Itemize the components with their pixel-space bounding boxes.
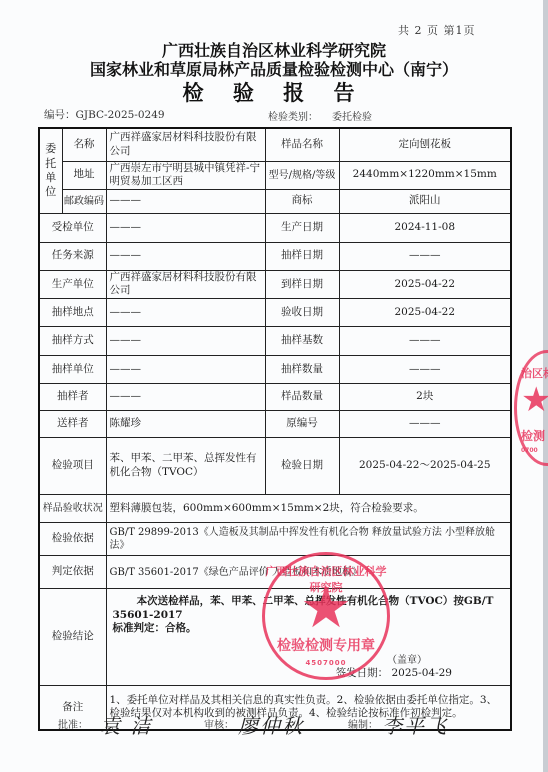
row-value: ——— bbox=[106, 299, 265, 327]
row-label: 抽样基数 bbox=[265, 327, 339, 356]
client-address-value: 广西崇左市宁明县城中镇凭祥-宁明贸易加工区西 bbox=[106, 161, 265, 189]
basis-value: GB/T 29899-2013《人造板及其制品中挥发性有机化合物 释放量试验方法… bbox=[106, 523, 511, 556]
table-row: 抽样方式 ——— 抽样基数 ——— bbox=[39, 327, 511, 356]
conclusion-result: 标准判定：合格。 bbox=[113, 622, 197, 634]
row-value: 2024-11-08 bbox=[339, 213, 511, 242]
row-label: 受检单位 bbox=[39, 213, 106, 242]
table-row: 受检单位 ——— 生产日期 2024-11-08 bbox=[39, 213, 511, 242]
conclusion-label: 检验结论 bbox=[39, 589, 106, 686]
table-row: 生产单位 广西祥盛家居材料科技股份有限公司 到样日期 2025-04-22 bbox=[39, 270, 511, 298]
basis-label: 检验依据 bbox=[39, 523, 106, 556]
inspection-type-label: 检验类别： bbox=[268, 112, 318, 123]
row-label: 原编号 bbox=[265, 411, 339, 438]
issue-date-value: 2025-04-29 bbox=[391, 667, 452, 679]
row-value: 2025-04-22～2025-04-25 bbox=[339, 438, 511, 495]
sample-name-label: 样品名称 bbox=[265, 128, 339, 161]
table-row: 检验项目 苯、甲苯、二甲苯、总挥发性有机化合物（TVOC） 检验日期 2025-… bbox=[39, 438, 511, 495]
row-value: 2025-04-22 bbox=[339, 299, 511, 327]
criteria-value: GB/T 35601-2017《绿色产品评价 人造板和木质地板》 bbox=[106, 556, 511, 589]
table-row: 邮政编码 ——— 商标 派阳山 bbox=[39, 189, 511, 213]
row-value: ——— bbox=[106, 327, 265, 356]
client-postcode-value: ——— bbox=[106, 189, 265, 213]
conclusion-text: 本次送检样品，苯、甲苯、二甲苯、总挥发性有机化合物（TVOC）按GB/T 356… bbox=[113, 595, 508, 636]
row-label: 抽样日期 bbox=[265, 242, 339, 270]
table-row: 抽样地点 ——— 验收日期 2025-04-22 bbox=[39, 299, 511, 327]
inspection-type: 检验类别：委托检验 bbox=[268, 108, 372, 123]
row-label: 样品数量 bbox=[265, 384, 339, 411]
row-label: 抽样者 bbox=[39, 384, 106, 411]
row-label: 检验项目 bbox=[39, 438, 106, 495]
row-value: ——— bbox=[339, 411, 511, 438]
conclusion-cell: 本次送检样品，苯、甲苯、二甲苯、总挥发性有机化合物（TVOC）按GB/T 356… bbox=[106, 589, 511, 686]
compile-signature: 李平飞 bbox=[382, 710, 448, 739]
brand-value: 派阳山 bbox=[339, 189, 511, 213]
table-row: 检验结论 本次送检样品，苯、甲苯、二甲苯、总挥发性有机化合物（TVOC）按GB/… bbox=[39, 589, 511, 686]
table-row: 抽样单位 ——— 抽样数量 ——— bbox=[39, 356, 511, 384]
document-title: 检 验 报 告 bbox=[0, 77, 548, 107]
approve-signature: 袁 洁 bbox=[100, 710, 152, 739]
conclusion-text-part1: 本次送检样品，苯、甲苯、二甲苯、总挥发性有机化合物（TVOC）按 bbox=[137, 595, 464, 607]
row-label: 到样日期 bbox=[265, 270, 339, 298]
row-label: 抽样地点 bbox=[39, 299, 106, 327]
row-value: ——— bbox=[339, 327, 511, 356]
report-number-label: 编号： bbox=[44, 109, 76, 121]
review-label: 审核： bbox=[204, 716, 234, 731]
row-value: ——— bbox=[106, 213, 265, 242]
brand-label: 商标 bbox=[265, 189, 339, 213]
row-value: ——— bbox=[339, 356, 511, 384]
remarks-value: 1、委托单位对样品及其相关信息的真实性负责。2、检验依据由委托单位指定。3、检验… bbox=[106, 685, 511, 730]
row-value: 2025-04-22 bbox=[339, 270, 511, 298]
row-value: 广西祥盛家居材料科技股份有限公司 bbox=[106, 270, 265, 298]
issue-date: 签发日期： 2025-04-29 bbox=[113, 667, 508, 681]
seal-note: （盖章） bbox=[113, 654, 508, 667]
client-address-label: 地址 bbox=[62, 161, 106, 189]
row-value: ——— bbox=[106, 356, 265, 384]
inspection-type-value: 委托检验 bbox=[332, 112, 372, 123]
compile-label: 编制： bbox=[348, 716, 378, 731]
row-label: 抽样方式 bbox=[39, 327, 106, 356]
sample-spec-value: 2440mm×1220mm×15mm bbox=[339, 161, 511, 189]
row-label: 送样者 bbox=[39, 411, 106, 438]
row-value: ——— bbox=[106, 242, 265, 270]
table-row: 判定依据 GB/T 35601-2017《绿色产品评价 人造板和木质地板》 bbox=[39, 556, 511, 589]
report-number-value: GJBC-2025-0249 bbox=[76, 109, 165, 121]
client-postcode-label: 邮政编码 bbox=[62, 189, 106, 213]
client-name-label: 名称 bbox=[62, 128, 106, 161]
approve-label: 批准： bbox=[58, 716, 88, 731]
page-indicator: 共 2 页 第1页 bbox=[398, 22, 476, 38]
table-row: 抽样者 ——— 样品数量 2块 bbox=[39, 384, 511, 411]
client-group-label: 委托单位 bbox=[39, 128, 62, 213]
table-row: 任务来源 ——— 抽样日期 ——— bbox=[39, 242, 511, 270]
table-row: 样品验收状况 塑料薄膜包装，600mm×600mm×15mm×2块，符合检验要求… bbox=[39, 495, 511, 523]
row-value: ——— bbox=[106, 384, 265, 411]
receipt-label: 样品验收状况 bbox=[39, 495, 106, 523]
row-label: 抽样数量 bbox=[265, 356, 339, 384]
table-row: 委托单位 名称 广西祥盛家居材料科技股份有限公司 样品名称 定向刨花板 bbox=[39, 128, 511, 161]
criteria-label: 判定依据 bbox=[39, 556, 106, 589]
row-value: 苯、甲苯、二甲苯、总挥发性有机化合物（TVOC） bbox=[106, 438, 265, 495]
row-label: 生产日期 bbox=[265, 213, 339, 242]
row-value: ——— bbox=[339, 242, 511, 270]
inspection-table: 委托单位 名称 广西祥盛家居材料科技股份有限公司 样品名称 定向刨花板 地址 广… bbox=[38, 127, 512, 731]
row-label: 验收日期 bbox=[265, 299, 339, 327]
report-number: 编号：GJBC-2025-0249 bbox=[44, 107, 165, 122]
row-value: 2块 bbox=[339, 384, 511, 411]
row-label: 任务来源 bbox=[39, 242, 106, 270]
issue-date-label: 签发日期： bbox=[336, 667, 389, 679]
row-label: 检验日期 bbox=[265, 438, 339, 495]
report-page: 共 2 页 第1页 广西壮族自治区林业科学研究院 国家林业和草原局林产品质量检验… bbox=[0, 0, 543, 772]
row-label: 抽样单位 bbox=[39, 356, 106, 384]
table-row: 检验依据 GB/T 29899-2013《人造板及其制品中挥发性有机化合物 释放… bbox=[39, 523, 511, 556]
client-name-value: 广西祥盛家居材料科技股份有限公司 bbox=[106, 128, 265, 161]
sample-spec-label: 型号/规格/等级 bbox=[265, 161, 339, 189]
row-value: 陈耀珍 bbox=[106, 411, 265, 438]
receipt-value: 塑料薄膜包装，600mm×600mm×15mm×2块，符合检验要求。 bbox=[106, 495, 511, 523]
table-row: 地址 广西崇左市宁明县城中镇凭祥-宁明贸易加工区西 型号/规格/等级 2440m… bbox=[39, 161, 511, 189]
row-label: 生产单位 bbox=[39, 270, 106, 298]
table-row: 送样者 陈耀珍 原编号 ——— bbox=[39, 411, 511, 438]
sample-name-value: 定向刨花板 bbox=[339, 128, 511, 161]
review-signature: 廖仲秋 bbox=[238, 710, 304, 739]
